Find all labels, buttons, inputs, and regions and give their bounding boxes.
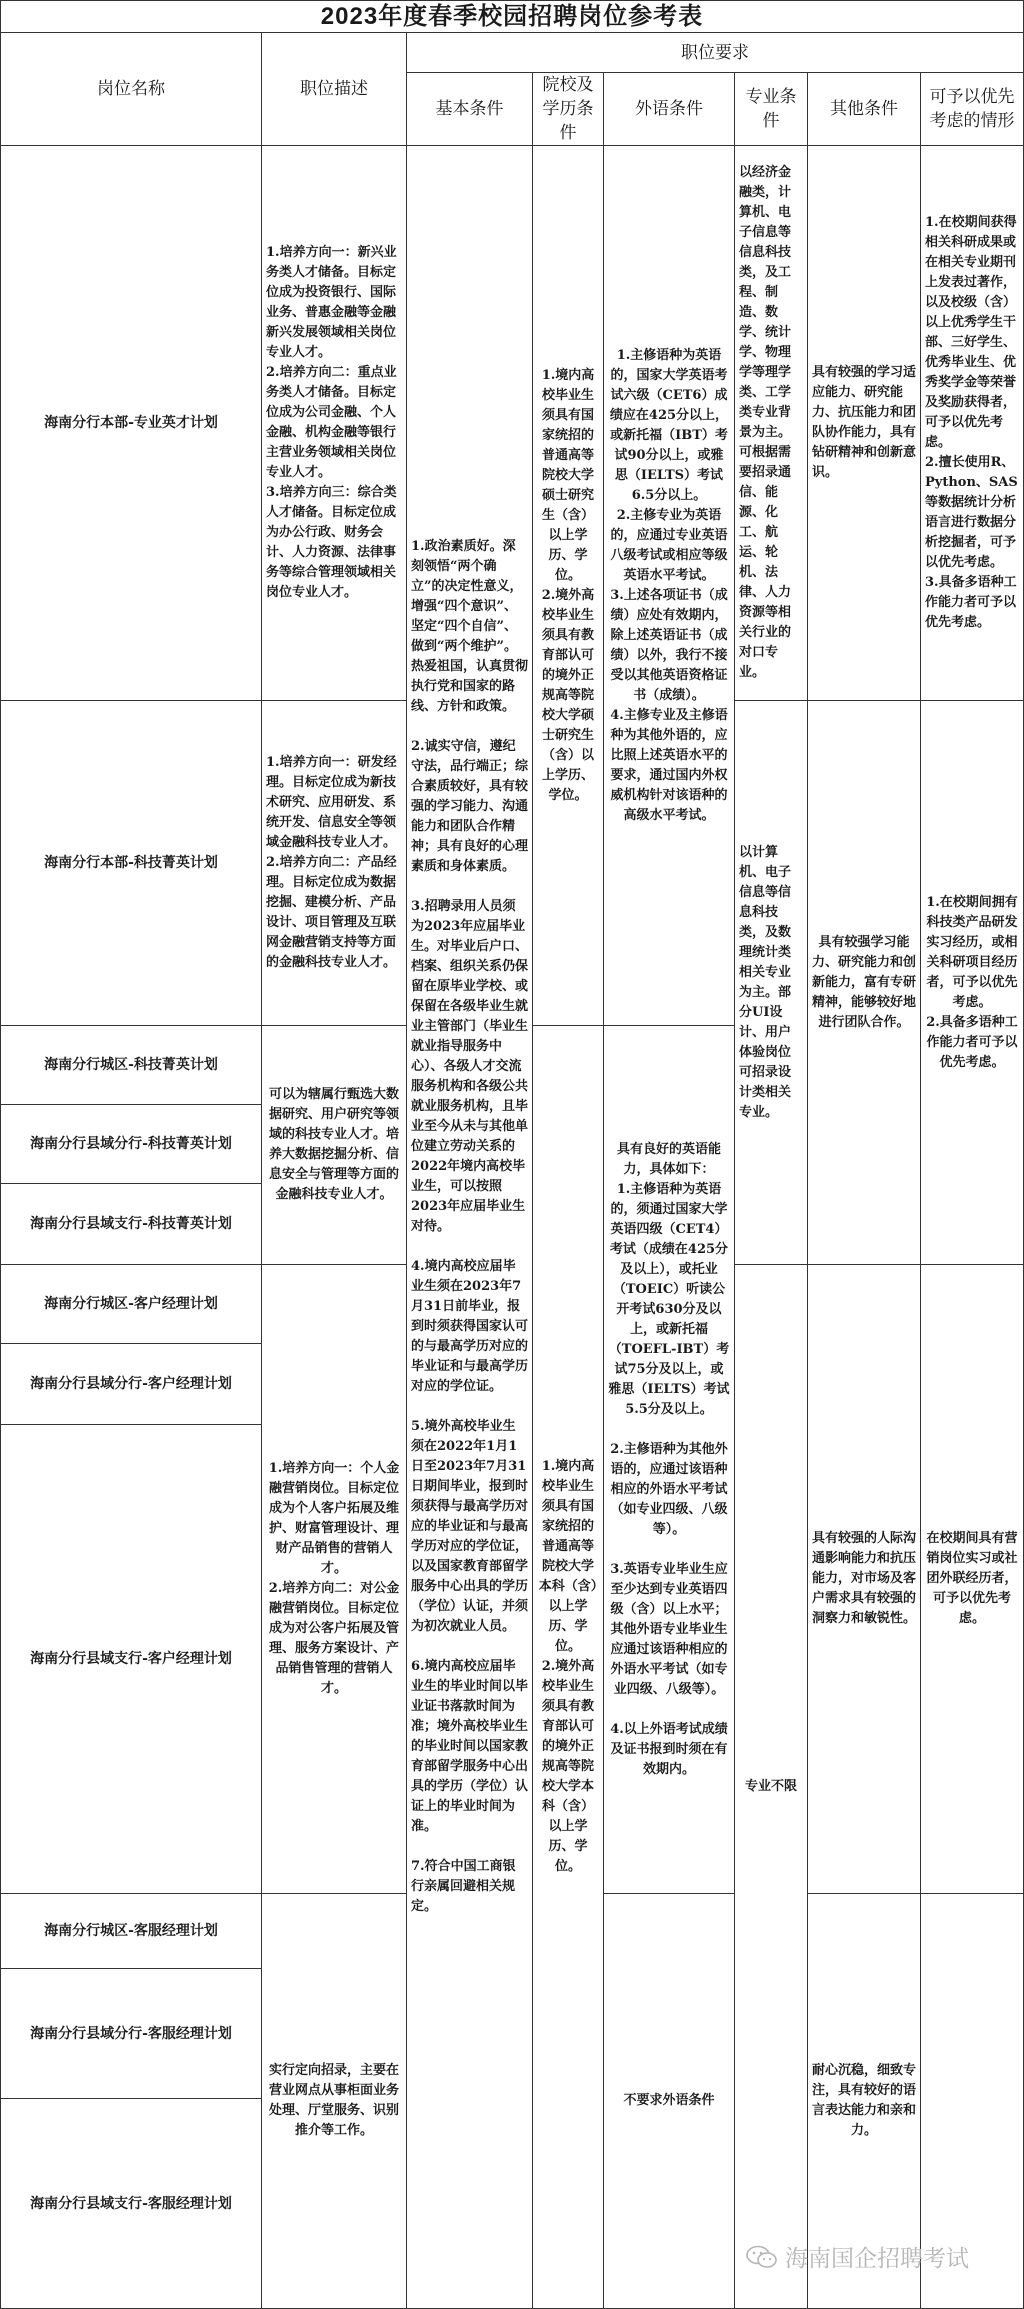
job-description-text: 可以为辖属行甄选大数据研究、用户研究等领域的科技专业人才。培养大数据挖掘分析、信…: [266, 1085, 402, 1205]
header-foreign-language: 外语条件: [603, 72, 735, 146]
language-conditions-text: 1.主修语种为英语的，国家大学英语考试六级（CET6）成绩应在425分以上，或新…: [608, 346, 730, 826]
position-name-cell: 海南分行本部-专业英才计划: [0, 145, 262, 701]
basic-conditions-cell: 1.政治素质好。深刻领悟“两个确立”的决定性意义，增强“四个意识”、坚定“四个自…: [406, 145, 533, 2309]
job-description-cell: 1.培养方向一：研发经理。目标定位成为新技术研究、应用研发、系统开发、信息安全等…: [261, 700, 407, 1026]
position-name-cell: 海南分行县域支行-客户经理计划: [0, 1424, 262, 1894]
job-description-cell: 实行定向招录，主要在营业网点从事柜面业务处理、厅堂服务、识别推介等工作。: [261, 1893, 407, 2309]
major-conditions-text: 以经济金融类，计算机、电子信息等信息科技类，及工程、制造、数学、统计学、物理学等…: [739, 163, 803, 683]
header-job-description: 职位描述: [261, 32, 407, 146]
header-requirements-group: 职位要求: [406, 32, 1024, 73]
header-school-degree: 院校及 学历条 件: [532, 72, 604, 146]
position-name-cell: 海南分行城区-客户经理计划: [0, 1264, 262, 1344]
job-description-cell: 可以为辖属行甄选大数据研究、用户研究等领域的科技专业人才。培养大数据挖掘分析、信…: [261, 1025, 407, 1265]
job-description-cell: 1.培养方向一：新兴业务类人才储备。目标定位成为投资银行、国际业务、普惠金融等金…: [261, 145, 407, 701]
major-conditions-cell: 以经济金融类，计算机、电子信息等信息科技类，及工程、制造、数学、统计学、物理学等…: [734, 145, 808, 701]
priority-cell: 1.在校期间拥有科技类产品研发实习经历，或相关科研项目经历者，可予以优先考虑。 …: [920, 700, 1024, 1265]
priority-text: 1.在校期间拥有科技类产品研发实习经历，或相关科研项目经历者，可予以优先考虑。 …: [925, 893, 1019, 1073]
major-conditions-text: 以计算机、电子信息等信息科技类，及数理统计类相关专业为主。部分UI设计、用户体验…: [739, 843, 803, 1123]
other-conditions-cell: 具有较强的学习适应能力、研究能力、抗压能力和团队协作能力，具有钻研精神和创新意识…: [807, 145, 921, 701]
school-degree-text: 1.境内高校毕业生须具有国家统招的普通高等院校大学本科（含）以上学历、学位。 2…: [537, 1457, 599, 1877]
priority-text: 1.在校期间获得相关科研成果或在相关专业期刊上发表过著作，以及校级（含）以上优秀…: [925, 213, 1019, 633]
position-name-cell: 海南分行县域支行-客服经理计划: [0, 2098, 262, 2309]
watermark: 海南国企招聘考试: [745, 2240, 969, 2273]
school-degree-cell: 1.境内高校毕业生须具有国家统招的普通高等院校大学本科（含）以上学历、学位。 2…: [532, 1025, 604, 2309]
position-name-cell: 海南分行城区-客服经理计划: [0, 1893, 262, 1969]
job-description-text: 1.培养方向一：研发经理。目标定位成为新技术研究、应用研发、系统开发、信息安全等…: [266, 753, 402, 973]
job-description-text: 1.培养方向一：个人金融营销岗位。目标定位成为个人客户拓展及维护、财富管理设计、…: [266, 1459, 402, 1699]
other-conditions-text: 具有较强学习能力、研究能力和创新能力，富有专研精神，能够较好地进行团队合作。: [812, 933, 916, 1033]
major-conditions-text: 专业不限: [739, 1777, 803, 1797]
priority-text: 在校期间具有营销岗位实习或社团外联经历者，可予以优先考虑。: [925, 1529, 1019, 1629]
header-position-name: 岗位名称: [0, 32, 262, 146]
position-name-cell: 海南分行县域支行-科技菁英计划: [0, 1183, 262, 1265]
position-name-cell: 海南分行县域分行-客户经理计划: [0, 1343, 262, 1425]
position-name-cell: 海南分行本部-科技菁英计划: [0, 700, 262, 1026]
position-name-cell: 海南分行县域分行-客服经理计划: [0, 1968, 262, 2099]
job-description-cell: 1.培养方向一：个人金融营销岗位。目标定位成为个人客户拓展及维护、财富管理设计、…: [261, 1264, 407, 1894]
priority-cell: 1.在校期间获得相关科研成果或在相关专业期刊上发表过著作，以及校级（含）以上优秀…: [920, 145, 1024, 701]
header-basic-conditions: 基本条件: [406, 72, 533, 146]
position-name-cell: 海南分行城区-科技菁英计划: [0, 1025, 262, 1105]
language-conditions-text: 具有良好的英语能力，具体如下： 1.主修语种为英语的，须通过国家大学英语四级（C…: [608, 1140, 730, 1780]
major-conditions-cell: 专业不限: [734, 1264, 808, 2309]
other-conditions-cell: 具有较强学习能力、研究能力和创新能力，富有专研精神，能够较好地进行团队合作。: [807, 700, 921, 1265]
job-description-text: 实行定向招录，主要在营业网点从事柜面业务处理、厅堂服务、识别推介等工作。: [266, 2061, 402, 2141]
other-conditions-cell: 具有较强的人际沟通影响能力和抗压能力，对市场及客户需求具有较强的洞察力和敏锐性。: [807, 1264, 921, 1894]
language-conditions-cell: 1.主修语种为英语的，国家大学英语考试六级（CET6）成绩应在425分以上，或新…: [603, 145, 735, 1026]
school-degree-cell: 1.境内高校毕业生须具有国家统招的普通高等院校大学硕士研究生（含）以上学历、学位…: [532, 145, 604, 1026]
priority-cell: 在校期间具有营销岗位实习或社团外联经历者，可予以优先考虑。: [920, 1264, 1024, 1894]
major-conditions-cell: 以计算机、电子信息等信息科技类，及数理统计类相关专业为主。部分UI设计、用户体验…: [734, 700, 808, 1265]
basic-conditions-text: 1.政治素质好。深刻领悟“两个确立”的决定性意义，增强“四个意识”、坚定“四个自…: [411, 537, 528, 1917]
header-other-conditions: 其他条件: [807, 72, 921, 146]
school-degree-text: 1.境内高校毕业生须具有国家统招的普通高等院校大学硕士研究生（含）以上学历、学位…: [537, 366, 599, 806]
table-title: 2023年度春季校园招聘岗位参考表: [0, 0, 1024, 33]
language-conditions-cell: 具有良好的英语能力，具体如下： 1.主修语种为英语的，须通过国家大学英语四级（C…: [603, 1025, 735, 1894]
header-major: 专业条 件: [734, 72, 808, 146]
language-conditions-text: 不要求外语条件: [608, 2091, 730, 2111]
wechat-icon: [745, 2245, 779, 2269]
other-conditions-text: 具有较强的人际沟通影响能力和抗压能力，对市场及客户需求具有较强的洞察力和敏锐性。: [812, 1529, 916, 1629]
position-name-cell: 海南分行县域分行-科技菁英计划: [0, 1104, 262, 1184]
header-priority: 可予以优先 考虑的情形: [920, 72, 1024, 146]
other-conditions-text: 具有较强的学习适应能力、研究能力、抗压能力和团队协作能力，具有钻研精神和创新意识…: [812, 363, 916, 483]
job-description-text: 1.培养方向一：新兴业务类人才储备。目标定位成为投资银行、国际业务、普惠金融等金…: [266, 243, 402, 603]
other-conditions-text: 耐心沉稳，细致专注，具有较好的语言表达能力和亲和力。: [812, 2061, 916, 2141]
recruitment-table: 2023年度春季校园招聘岗位参考表 岗位名称 职位描述 职位要求 基本条件 院校…: [0, 0, 1024, 2309]
language-conditions-cell: 不要求外语条件: [603, 1893, 735, 2309]
watermark-text: 海南国企招聘考试: [785, 2240, 969, 2273]
